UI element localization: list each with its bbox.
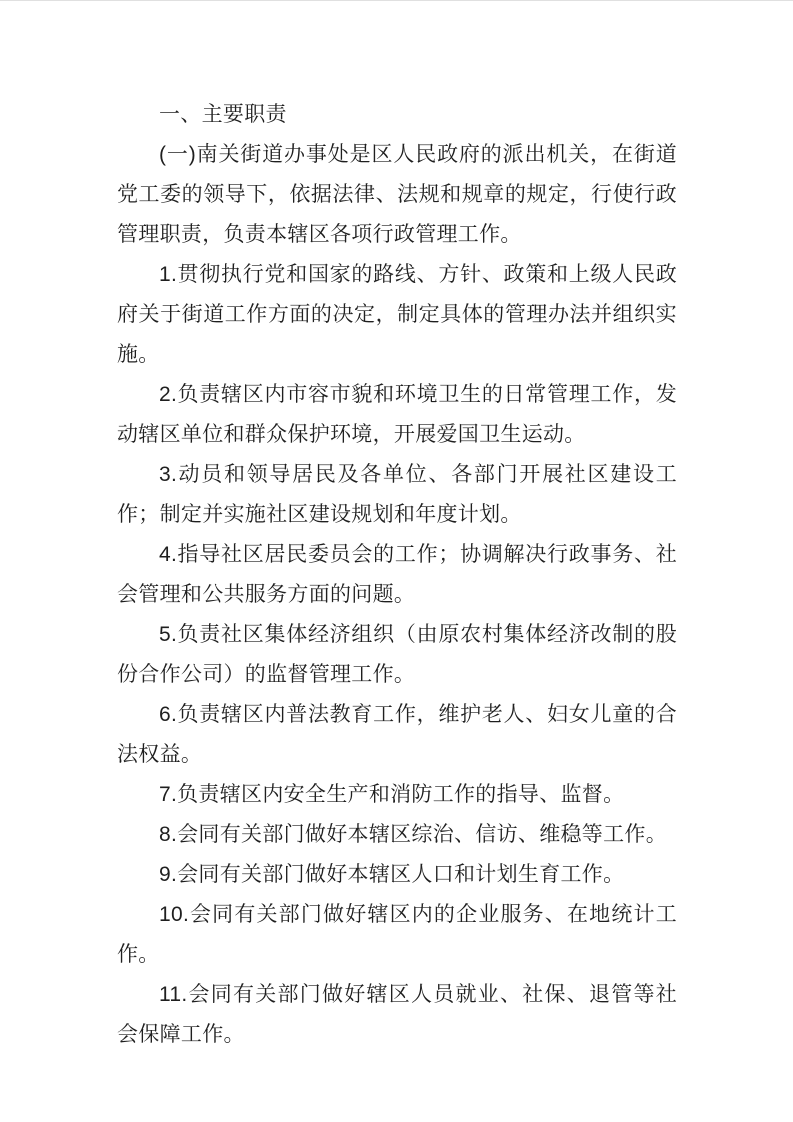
paragraph-item-11: 11.会同有关部门做好辖区人员就业、社保、退管等社会保障工作。 [117, 975, 677, 1055]
paragraph-item-8: 8.会同有关部门做好本辖区综治、信访、维稳等工作。 [117, 815, 677, 855]
paragraph-item-4: 4.指导社区居民委员会的工作；协调解决行政事务、社会管理和公共服务方面的问题。 [117, 535, 677, 615]
paragraph-item-2: 2.负责辖区内市容市貌和环境卫生的日常管理工作，发动辖区单位和群众保护环境，开展… [117, 375, 677, 455]
paragraph-item-3: 3.动员和领导居民及各单位、各部门开展社区建设工作；制定并实施社区建设规划和年度… [117, 455, 677, 535]
document-body: 一、主要职责 (一)南关街道办事处是区人民政府的派出机关，在街道党工委的领导下，… [117, 95, 677, 1055]
paragraph-item-9: 9.会同有关部门做好本辖区人口和计划生育工作。 [117, 855, 677, 895]
document-page: 一、主要职责 (一)南关街道办事处是区人民政府的派出机关，在街道党工委的领导下，… [0, 0, 793, 1122]
paragraph-intro: (一)南关街道办事处是区人民政府的派出机关，在街道党工委的领导下，依据法律、法规… [117, 135, 677, 255]
paragraph-item-6: 6.负责辖区内普法教育工作，维护老人、妇女儿童的合法权益。 [117, 695, 677, 775]
paragraph-item-10: 10.会同有关部门做好辖区内的企业服务、在地统计工作。 [117, 895, 677, 975]
section-heading: 一、主要职责 [117, 95, 677, 135]
paragraph-item-5: 5.负责社区集体经济组织（由原农村集体经济改制的股份合作公司）的监督管理工作。 [117, 615, 677, 695]
paragraph-item-1: 1.贯彻执行党和国家的路线、方针、政策和上级人民政府关于街道工作方面的决定，制定… [117, 255, 677, 375]
paragraph-item-7: 7.负责辖区内安全生产和消防工作的指导、监督。 [117, 775, 677, 815]
